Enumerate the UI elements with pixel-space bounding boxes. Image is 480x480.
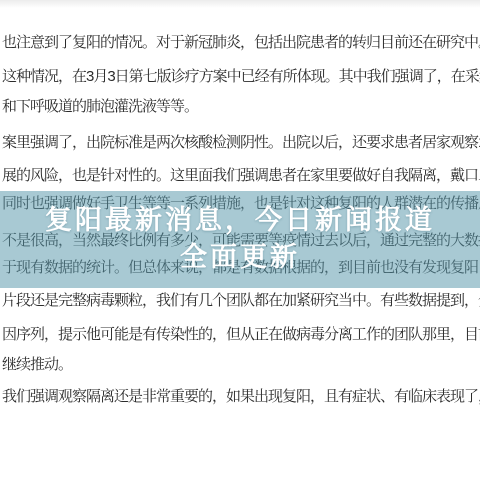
article-line: 片段还是完整病毒颗粒，我们有几个团队都在加紧研究当中。有些数据提到，分 [2,292,480,309]
banner-title-line1: 复阳最新消息，今日新闻报道 [0,202,480,239]
article-line: 我们强调观察隔离还是非常重要的，如果出现复阳，且有症状、有临床表现了， [2,388,480,405]
article-line: 因序列，提示他可能是有传染性的，但从正在做病毒分离工作的团队那里，目前 [2,326,480,343]
article-line: 继续推动。 [2,356,480,373]
article-line: 展的风险，也是针对性的。这里面我们强调患者在家里要做好自我隔离，戴口罩 [2,167,480,184]
article-line: 和下呼吸道的肺泡灌洗液等等。 [2,98,480,115]
banner-title-line2: 全面更新 [0,239,480,276]
article-line: 也注意到了复阳的情况。对于新冠肺炎，包括出院患者的转归目前还在研究中。 [2,34,480,51]
article-line: 案里强调了，出院标准是两次核酸检测阴性。出院以后，还要求患者居家观察14 [2,134,480,151]
news-banner-title: 复阳最新消息，今日新闻报道 全面更新 [0,202,480,276]
article-line: 这种情况，在3月3日第七版诊疗方案中已经有所体现。其中我们强调了，在采集 [2,68,480,85]
article-page: 也注意到了复阳的情况。对于新冠肺炎，包括出院患者的转归目前还在研究中。 这种情况… [0,0,480,480]
